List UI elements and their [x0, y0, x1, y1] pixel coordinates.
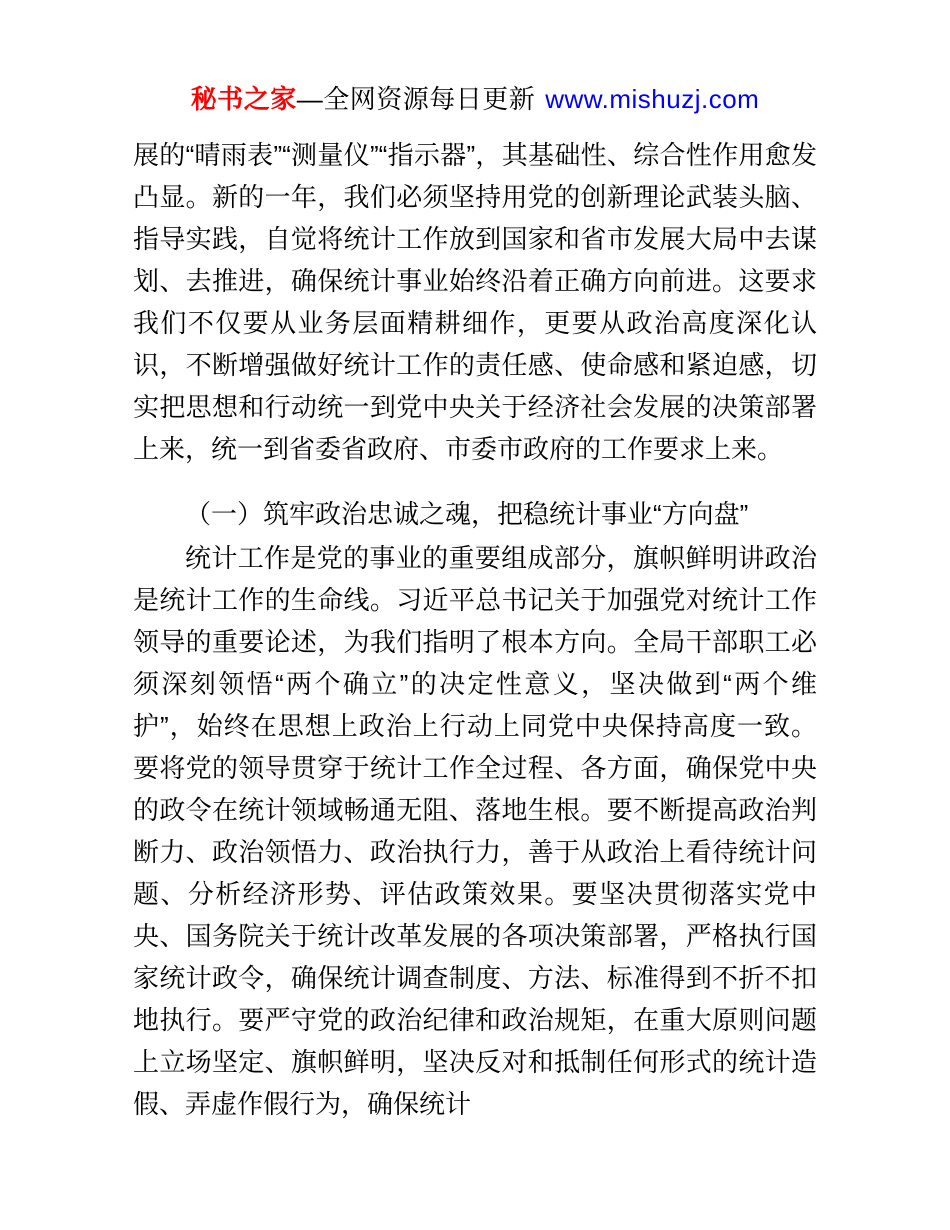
header-tagline: 全网资源每日更新 — [323, 84, 535, 114]
site-header: 秘书之家—全网资源每日更新www.mishuzj.com — [0, 84, 950, 114]
paragraph-continuation: 展的“晴雨表”“测量仪”“指示器”，其基础性、综合性作用愈发凸显。新的一年，我们… — [133, 134, 817, 470]
site-url-link[interactable]: www.mishuzj.com — [545, 84, 759, 114]
paragraph-body: 统计工作是党的事业的重要组成部分，旗帜鲜明讲政治是统计工作的生命线。习近平总书记… — [133, 537, 817, 1125]
document-body: 展的“晴雨表”“测量仪”“指示器”，其基础性、综合性作用愈发凸显。新的一年，我们… — [133, 134, 817, 1125]
site-name: 秘书之家 — [191, 84, 297, 114]
document-page: 秘书之家—全网资源每日更新www.mishuzj.com 展的“晴雨表”“测量仪… — [0, 0, 950, 1230]
section-heading: （一）筑牢政治忠诚之魂，把稳统计事业“方向盘” — [133, 493, 817, 535]
header-dash: — — [297, 84, 324, 114]
